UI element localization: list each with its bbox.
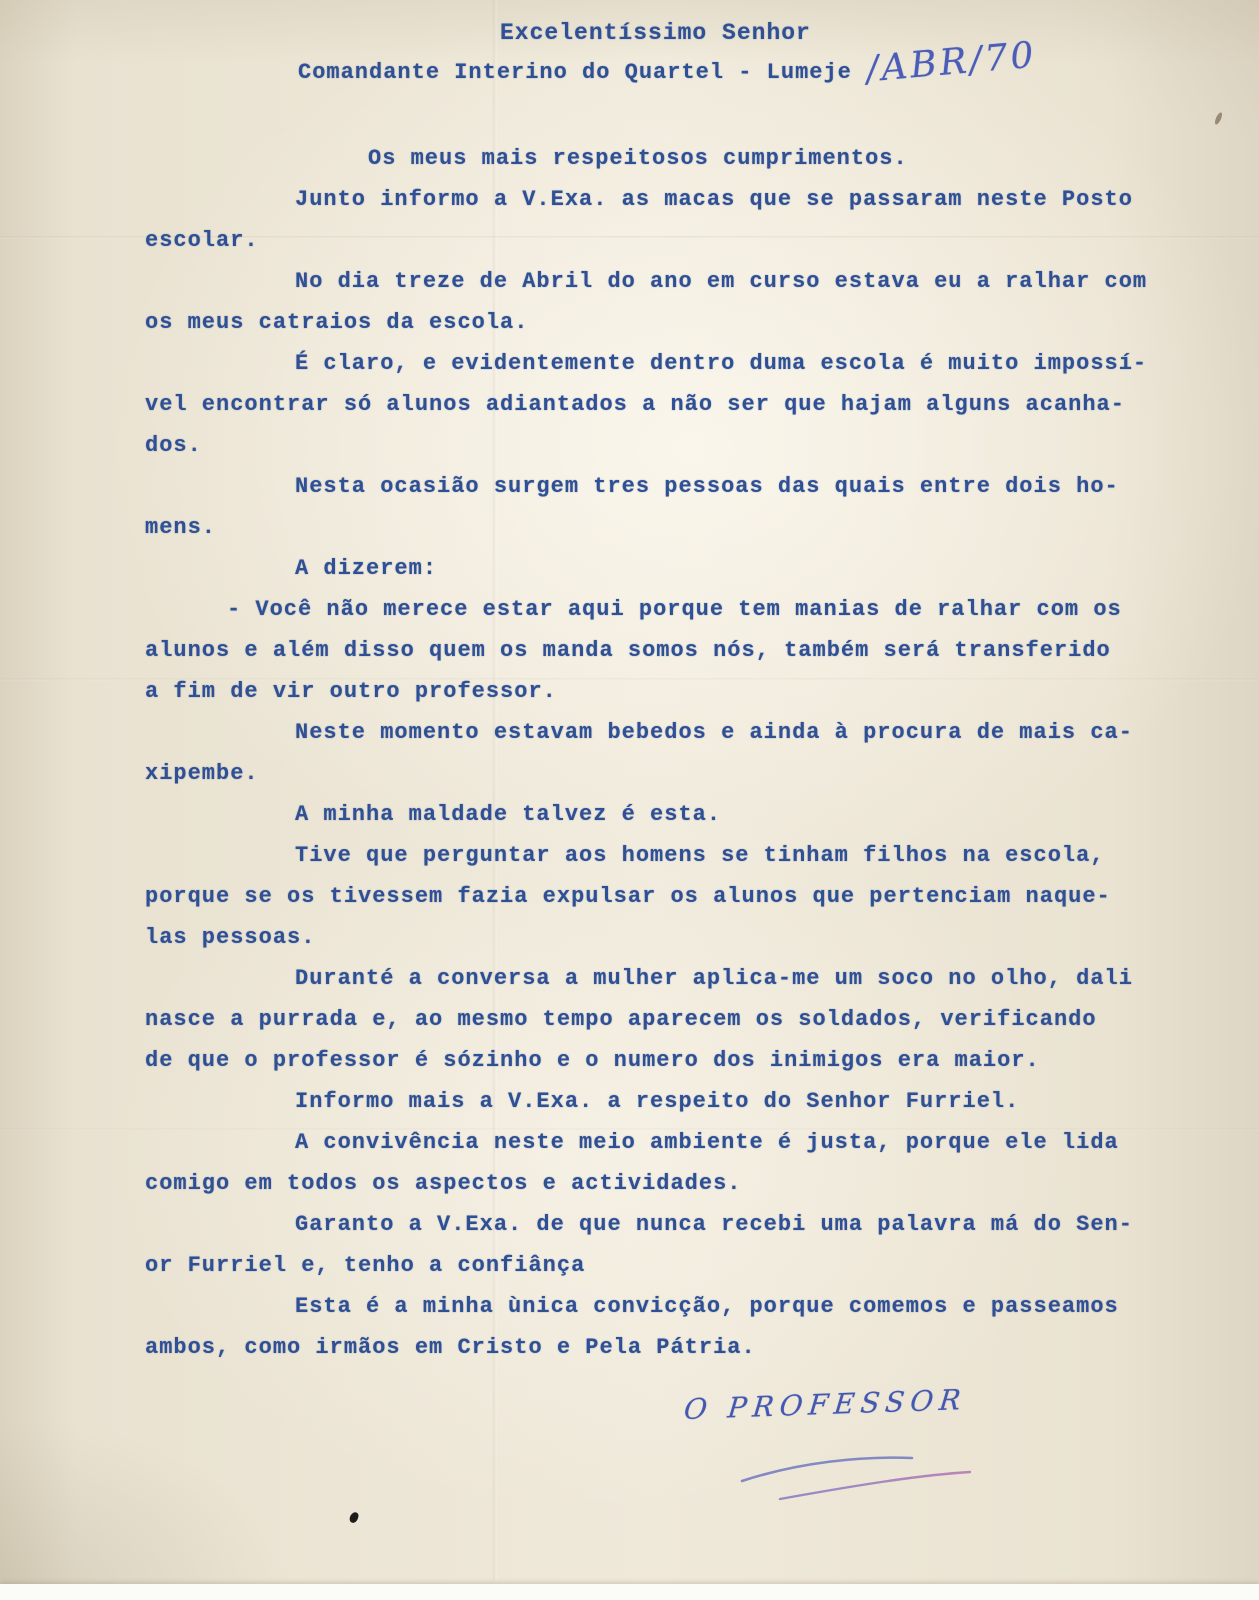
letter-line: dos. bbox=[145, 425, 1205, 466]
underline-stroke-blue bbox=[742, 1458, 912, 1481]
letter-line: porque se os tivessem fazia expulsar os … bbox=[145, 876, 1205, 917]
letter-line: A convivência neste meio ambiente é just… bbox=[145, 1122, 1205, 1163]
letter-line: - Você não merece estar aqui porque tem … bbox=[145, 589, 1205, 630]
underline-stroke-purple bbox=[780, 1472, 970, 1499]
letter-line: xipembe. bbox=[145, 753, 1205, 794]
letter-addressee: Comandante Interino do Quartel - Lumeje bbox=[298, 60, 852, 85]
letter-title: Excelentíssimo Senhor bbox=[500, 20, 811, 46]
letter-body: Os meus mais respeitosos cumprimentos.Ju… bbox=[145, 138, 1205, 1368]
letter-line: ambos, como irmãos em Cristo e Pela Pátr… bbox=[145, 1327, 1205, 1368]
letter-line: Duranté a conversa a mulher aplica-me um… bbox=[145, 958, 1205, 999]
letter-line: os meus catraios da escola. bbox=[145, 302, 1205, 343]
letter-line: nasce a purrada e, ao mesmo tempo aparec… bbox=[145, 999, 1205, 1040]
letter-line: alunos e além disso quem os manda somos … bbox=[145, 630, 1205, 671]
scanned-letter-page: { "letter": { "title": "Excelentíssimo S… bbox=[0, 0, 1259, 1600]
letter-line: escolar. bbox=[145, 220, 1205, 261]
letter-line: Tive que perguntar aos homens se tinham … bbox=[145, 835, 1205, 876]
letter-line: or Furriel e, tenho a confiânça bbox=[145, 1245, 1205, 1286]
letter-line: Garanto a V.Exa. de que nunca recebi uma… bbox=[145, 1204, 1205, 1245]
letter-line: de que o professor é sózinho e o numero … bbox=[145, 1040, 1205, 1081]
handwritten-date: /ABR/70 bbox=[865, 35, 1039, 91]
handwritten-signature: O PROFESSOR bbox=[682, 1383, 968, 1426]
paper-mark bbox=[1214, 112, 1224, 126]
letter-line: Junto informo a V.Exa. as macas que se p… bbox=[145, 179, 1205, 220]
letter-line: No dia treze de Abril do ano em curso es… bbox=[145, 261, 1205, 302]
letter-line: comigo em todos os aspectos e actividade… bbox=[145, 1163, 1205, 1204]
letter-line: Informo mais a V.Exa. a respeito do Senh… bbox=[145, 1081, 1205, 1122]
letter-line: mens. bbox=[145, 507, 1205, 548]
letter-line: Esta é a minha ùnica convicção, porque c… bbox=[145, 1286, 1205, 1327]
letter-line: Os meus mais respeitosos cumprimentos. bbox=[145, 138, 1205, 179]
letter-line: A minha maldade talvez é esta. bbox=[145, 794, 1205, 835]
letter-line: Neste momento estavam bebedos e ainda à … bbox=[145, 712, 1205, 753]
letter-line: las pessoas. bbox=[145, 917, 1205, 958]
letter-line: a fim de vir outro professor. bbox=[145, 671, 1205, 712]
letter-line: A dizerem: bbox=[145, 548, 1205, 589]
scanner-edge-strip bbox=[0, 1584, 1259, 1600]
letter-line: É claro, e evidentemente dentro duma esc… bbox=[145, 343, 1205, 384]
letter-line: Nesta ocasião surgem tres pessoas das qu… bbox=[145, 466, 1205, 507]
letter-line: vel encontrar só alunos adiantados a não… bbox=[145, 384, 1205, 425]
ink-speck bbox=[348, 1511, 359, 1524]
